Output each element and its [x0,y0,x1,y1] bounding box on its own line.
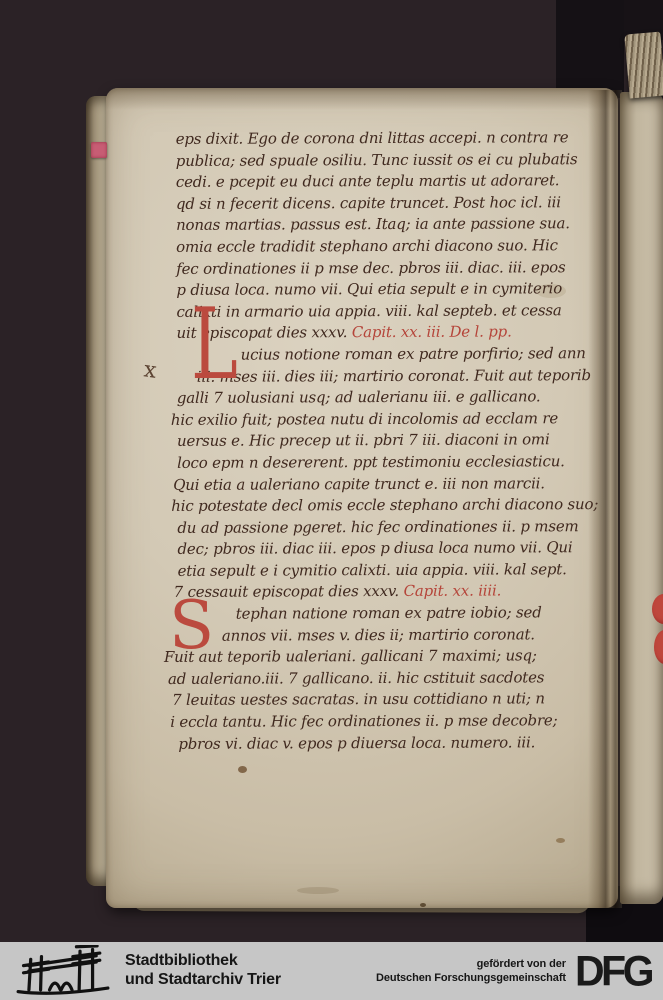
manuscript-line-text: Fuit aut teporib ualeriani. gallicani 7 … [164,647,537,667]
manuscript-line: calixti in armario uia appia. viii. kal … [176,300,588,323]
manuscript-line: uit episcopat dies xxxv. Capit. xx. iii.… [176,321,588,344]
manuscript-line: p diusa loca. numo vii. Qui etia sepult … [176,278,588,301]
rubric-text: Capit. xx. iii. De l. pp. [352,323,512,342]
facing-page-sliver [620,92,663,904]
manuscript-line-text: uersus e. Hic precep ut ii. pbri 7 iii. … [177,431,550,451]
manuscript-line: dec; pbros iii. diac iii. epos p diusa l… [177,537,589,560]
manuscript-line: ucius notione roman ex patre porfirio; s… [241,343,589,366]
manuscript-line-text: loco epm n desererent. ppt testimoniu ec… [177,452,565,472]
manuscript-line: 7 leuitas uestes sacratas. in usu cottid… [172,689,590,712]
manuscript-line-text: du ad passione pgeret. hic fec ordinatio… [177,517,578,537]
stadtbibliothek-trier-logo-icon [13,945,113,997]
manuscript-line: ad ualeriano.iii. 7 gallicano. ii. hic c… [168,667,590,690]
manuscript-line-text: ad ualeriano.iii. 7 gallicano. ii. hic c… [168,668,544,688]
manuscript-line: annos vii. mses v. dies ii; martirio cor… [222,624,590,647]
manuscript-line: omia eccle tradidit stephano archi diaco… [176,235,588,258]
footer-bar: Stadtbibliothek und Stadtarchiv Trier ge… [0,942,663,1000]
manuscript-line: 7 cessauit episcopat dies xxxv. Capit. x… [174,581,590,604]
manuscript-line-text: qd si n fecerit dicens. capite truncet. … [176,193,561,213]
manuscript-line: tephan natione roman ex patre iobio; sed [236,602,590,625]
rubric-text: Capit. xx. iiii. [404,582,502,600]
fore-edge-stack [624,32,663,99]
manuscript-line-text: cedi. e pcepit eu duci ante teplu martis… [176,171,560,191]
manuscript-line-text: hic exilio fuit; postea nutu di incolomi… [171,409,558,429]
manuscript-line: i eccla tantu. Hic fec ordinationes ii. … [170,710,590,733]
manuscript-line: loco epm n desererent. ppt testimoniu ec… [177,451,589,474]
manuscript-line: Fuit aut teporib ualeriani. gallicani 7 … [164,645,590,668]
manuscript-line: publica; sed spuale osiliu. Tunc iussit … [176,149,588,172]
library-name: Stadtbibliothek und Stadtarchiv Trier [125,952,281,990]
manuscript-text: eps dixit. Ego de corona dni littas acce… [176,127,591,755]
manuscript-line: cedi. e pcepit eu duci ante teplu martis… [176,170,588,193]
manuscript-line-text: hic potestate decl omis eccle stephano a… [171,495,598,515]
manuscript-line-text: publica; sed spuale osiliu. Tunc iussit … [176,150,578,170]
manuscript-line-text: omia eccle tradidit stephano archi diaco… [176,236,558,256]
manuscript-line-text: fec ordinationes ii p mse dec. pbros iii… [176,258,565,278]
rubricated-initial-S: S [169,593,214,659]
backdrop-shadow [556,0,624,98]
stain [556,838,565,843]
manuscript-line: qd si n fecerit dicens. capite truncet. … [176,192,588,215]
manuscript-line: Qui etia a ualeriano capite trunct e. ii… [173,473,589,496]
scan-photo-stage: eps dixit. Ego de corona dni littas acce… [0,0,663,1000]
stain [420,903,426,907]
manuscript-line: uersus e. Hic precep ut ii. pbri 7 iii. … [177,429,589,452]
manuscript-line-text: 7 leuitas uestes sacratas. in usu cottid… [172,690,545,710]
manuscript-line-text: etia sepult e i cymitio calixti. uia app… [178,560,567,580]
manuscript-line-text: nonas martias. passus est. Itaq; ia ante… [176,215,570,235]
manuscript-line-text: eps dixit. Ego de corona dni littas acce… [176,128,569,148]
library-name-line2: und Stadtarchiv Trier [125,971,281,990]
manuscript-line: hic potestate decl omis eccle stephano a… [171,494,589,517]
manuscript-line: iii. mses iii. dies iii; martirio corona… [197,365,589,388]
manuscript-line: galli 7 uolusiani usq; ad ualerianu iii.… [177,386,589,409]
stain [297,887,339,894]
funding-credit-line1: gefördert von der [376,957,566,971]
funding-credit-line2: Deutschen Forschungsgemeinschaft [376,971,566,985]
manuscript-line: etia sepult e i cymitio calixti. uia app… [178,559,590,582]
manuscript-line: eps dixit. Ego de corona dni littas acce… [176,127,588,150]
manuscript-line-text: pbros vi. diac v. epos p diuersa loca. n… [178,733,535,753]
manuscript-line: nonas martias. passus est. Itaq; ia ante… [176,213,588,236]
manuscript-line: pbros vi. diac v. epos p diuersa loca. n… [178,732,590,755]
manuscript-line-text: ucius notione roman ex patre porfirio; s… [241,344,586,364]
manuscript-line: hic exilio fuit; postea nutu di incolomi… [171,408,589,431]
funding-credit: gefördert von der Deutschen Forschungsge… [376,957,566,986]
manuscript-line: du ad passione pgeret. hic fec ordinatio… [177,516,589,539]
manuscript-line-text: i eccla tantu. Hic fec ordinationes ii. … [170,711,557,731]
dfg-logo: DFG [575,947,651,996]
bookmark-tab [91,142,107,158]
manuscript-line-text: tephan natione roman ex patre iobio; sed [236,603,542,622]
manuscript-line: fec ordinationes ii p mse dec. pbros iii… [176,257,588,280]
manuscript-line-text: annos vii. mses v. dies ii; martirio cor… [222,625,535,644]
manuscript-line-text: dec; pbros iii. diac iii. epos p diusa l… [177,538,572,558]
rubricated-initial-L: L [191,296,238,394]
stain [238,766,247,773]
library-name-line1: Stadtbibliothek [125,952,281,971]
manuscript-line-text: iii. mses iii. dies iii; martirio corona… [197,366,591,386]
manuscript-line-text: Qui etia a ualeriano capite trunct e. ii… [173,474,545,494]
